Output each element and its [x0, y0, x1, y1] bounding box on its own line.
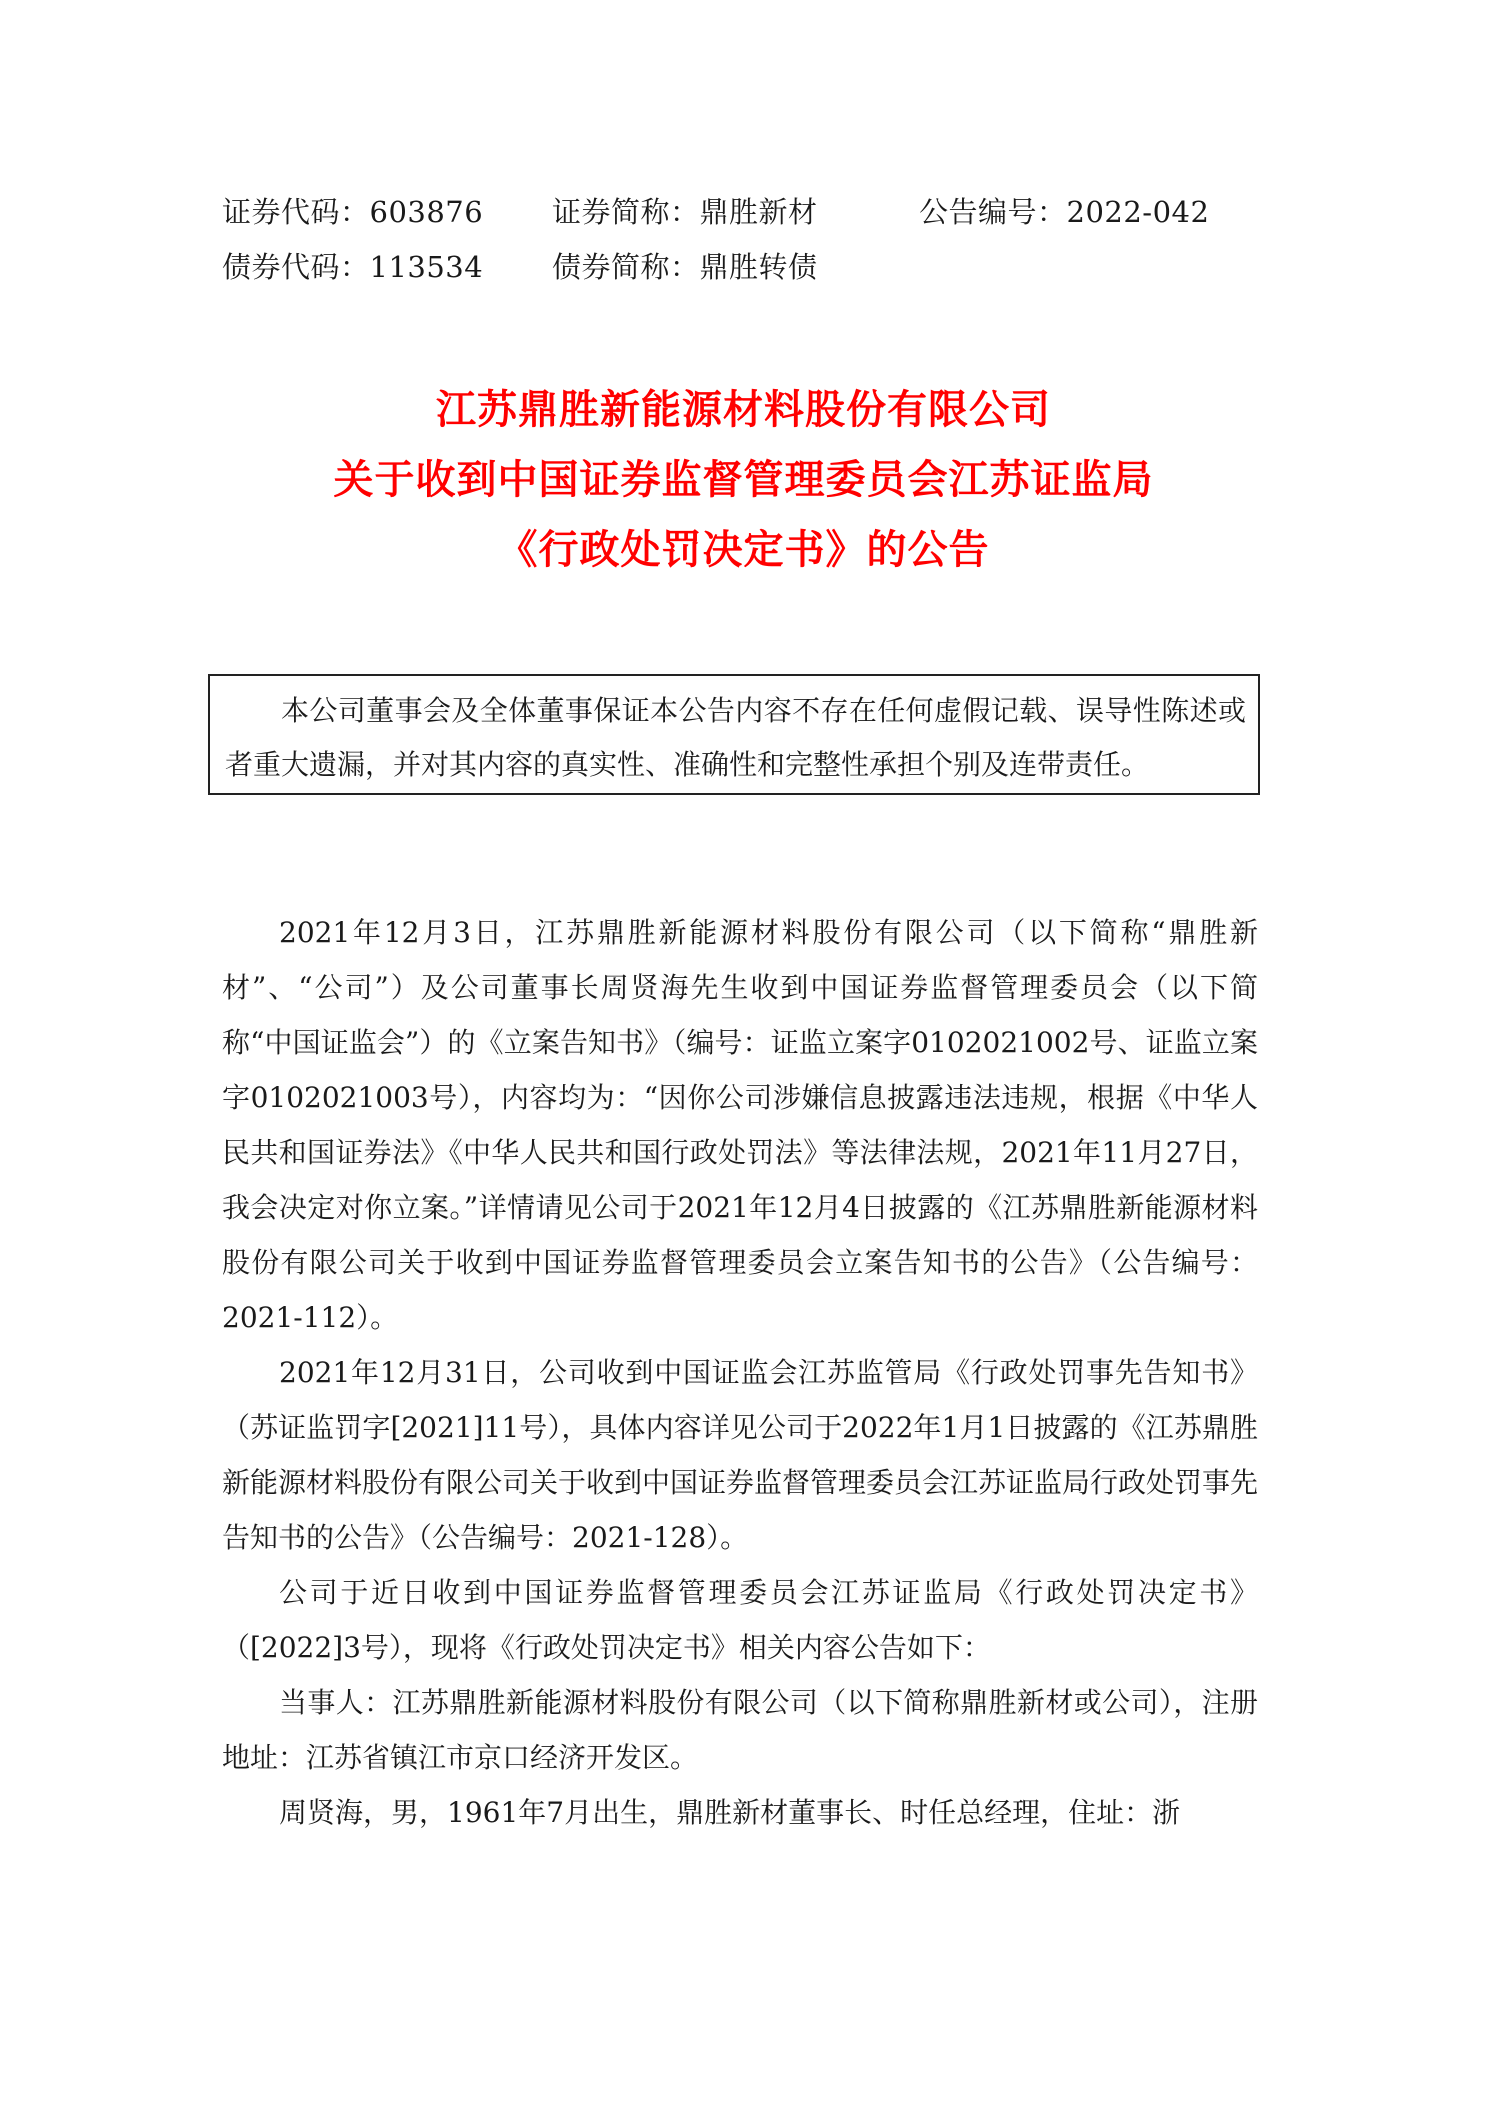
- announcement-title: 江苏鼎胜新能源材料股份有限公司 关于收到中国证券监督管理委员会江苏证监局 《行政…: [0, 382, 1487, 592]
- header-securities-line: 证券代码：603876证券简称：鼎胜新材公告编号：2022-042: [222, 192, 1209, 232]
- bond-code: 债券代码：113534: [222, 247, 552, 287]
- header-bond-line: 债券代码：113534债券简称：鼎胜转债: [222, 247, 818, 287]
- disclaimer-box: 本公司董事会及全体董事保证本公告内容不存在任何虚假记载、误导性陈述或者重大遗漏，…: [208, 674, 1260, 795]
- disclaimer-text: 本公司董事会及全体董事保证本公告内容不存在任何虚假记载、误导性陈述或者重大遗漏，…: [225, 684, 1246, 792]
- body-paragraph-filing-notice: 2021年12月3日，江苏鼎胜新能源材料股份有限公司（以下简称“鼎胜新材”、“公…: [222, 905, 1258, 1345]
- stock-code: 证券代码：603876: [222, 192, 552, 232]
- document-page: 证券代码：603876证券简称：鼎胜新材公告编号：2022-042 债券代码：1…: [0, 0, 1487, 2105]
- body-paragraph-decision-received: 公司于近日收到中国证券监督管理委员会江苏证监局《行政处罚决定书》（[2022]3…: [222, 1565, 1258, 1675]
- body-paragraph-party-person: 周贤海，男，1961年7月出生，鼎胜新材董事长、时任总经理，住址：浙: [222, 1785, 1258, 1840]
- body-paragraph-prior-notice: 2021年12月31日，公司收到中国证监会江苏监管局《行政处罚事先告知书》（苏证…: [222, 1345, 1258, 1565]
- stock-name: 证券简称：鼎胜新材: [552, 192, 919, 232]
- body-paragraph-party-company: 当事人：江苏鼎胜新能源材料股份有限公司（以下简称鼎胜新材或公司），注册地址：江苏…: [222, 1675, 1258, 1785]
- title-line-subject: 关于收到中国证券监督管理委员会江苏证监局: [0, 452, 1487, 522]
- title-line-company: 江苏鼎胜新能源材料股份有限公司: [0, 382, 1487, 452]
- announcement-body: 2021年12月3日，江苏鼎胜新能源材料股份有限公司（以下简称“鼎胜新材”、“公…: [222, 905, 1258, 1840]
- announcement-number: 公告编号：2022-042: [919, 192, 1209, 232]
- title-line-document: 《行政处罚决定书》的公告: [0, 522, 1487, 592]
- bond-name: 债券简称：鼎胜转债: [552, 247, 818, 287]
